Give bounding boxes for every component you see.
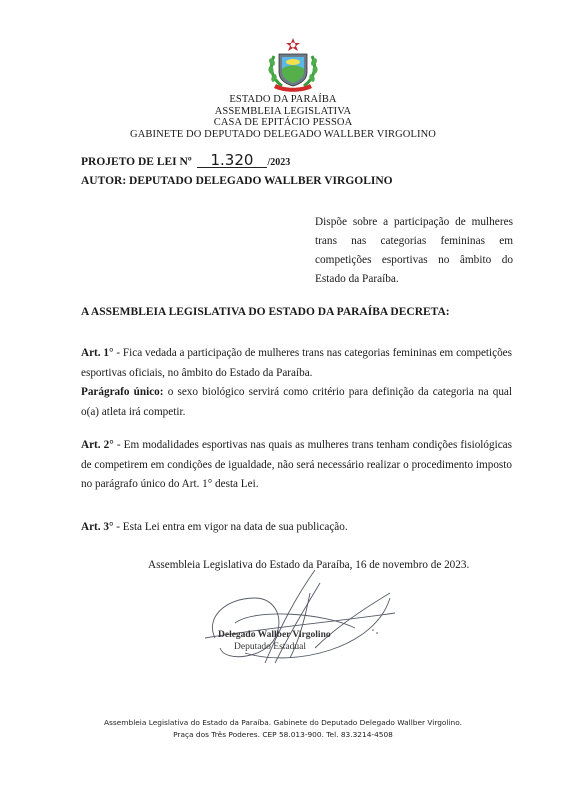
bill-label: PROJETO DE LEI Nº: [81, 156, 192, 168]
footer-line-1: Assembleia Legislativa do Estado da Para…: [0, 717, 566, 729]
article-2-line: Art. 2° - Em modalidades esportivas nas …: [81, 436, 512, 456]
article-1-line: Art. 1° - Fica vedada a participação de …: [81, 344, 512, 364]
bill-summary: Dispõe sobre a participação de mulheres …: [315, 213, 513, 289]
summary-line: Dispõe sobre a participação de mulheres: [315, 213, 513, 232]
bill-number: 1.320: [197, 153, 268, 168]
letterhead: ESTADO DA PARAÍBA ASSEMBLEIA LEGISLATIVA…: [0, 94, 566, 140]
signatory-name: Delegado Wallber Virgolino: [218, 630, 331, 640]
sole-paragraph-line: Parágrafo único: o sexo biológico servir…: [81, 383, 512, 403]
article-1-label: Art. 1°: [81, 347, 113, 359]
handwritten-signature-icon: [205, 568, 395, 668]
coat-of-arms-icon: [266, 36, 320, 92]
bill-year: /2023: [267, 157, 290, 168]
article-3-line: Art. 3° - Esta Lei entra em vigor na dat…: [81, 518, 512, 538]
article-3: Art. 3° - Esta Lei entra em vigor na dat…: [81, 518, 512, 538]
article-1: Art. 1° - Fica vedada a participação de …: [81, 344, 512, 422]
article-2: Art. 2° - Em modalidades esportivas nas …: [81, 436, 512, 495]
bill-author: AUTOR: DEPUTADO DELEGADO WALLBER VIRGOLI…: [81, 175, 393, 187]
article-2-line: no parágrafo único do Art. 1° desta Lei.: [81, 475, 512, 495]
summary-line: trans nas categorias femininas em: [315, 232, 513, 251]
article-2-label: Art. 2°: [81, 439, 114, 451]
sole-paragraph-line: o(a) atleta irá competir.: [81, 403, 512, 423]
enacting-clause: A ASSEMBLEIA LEGISLATIVA DO ESTADO DA PA…: [81, 306, 450, 318]
signatory-role: Deputado Estadual: [234, 642, 306, 652]
sole-paragraph-label: Parágrafo único:: [81, 386, 164, 398]
summary-line: Estado da Paraíba.: [315, 270, 513, 289]
letterhead-line-state: ESTADO DA PARAÍBA: [0, 94, 566, 106]
article-3-label: Art. 3°: [81, 521, 113, 533]
page-footer: Assembleia Legislativa do Estado da Para…: [0, 717, 566, 741]
article-1-line: esportivas oficiais, no âmbito do Estado…: [81, 364, 512, 384]
footer-line-2: Praça dos Três Poderes. CEP 58.013-900. …: [0, 729, 566, 741]
article-2-line: de competirem em condições de igualdade,…: [81, 456, 512, 476]
bill-number-line: PROJETO DE LEI Nº 1.320/2023: [81, 153, 290, 168]
letterhead-line-office: GABINETE DO DEPUTADO DELEGADO WALLBER VI…: [0, 129, 566, 141]
summary-line: competições esportivas no âmbito do: [315, 251, 513, 270]
letterhead-line-house: CASA DE EPITÁCIO PESSOA: [0, 117, 566, 129]
letterhead-line-assembly: ASSEMBLEIA LEGISLATIVA: [0, 106, 566, 118]
